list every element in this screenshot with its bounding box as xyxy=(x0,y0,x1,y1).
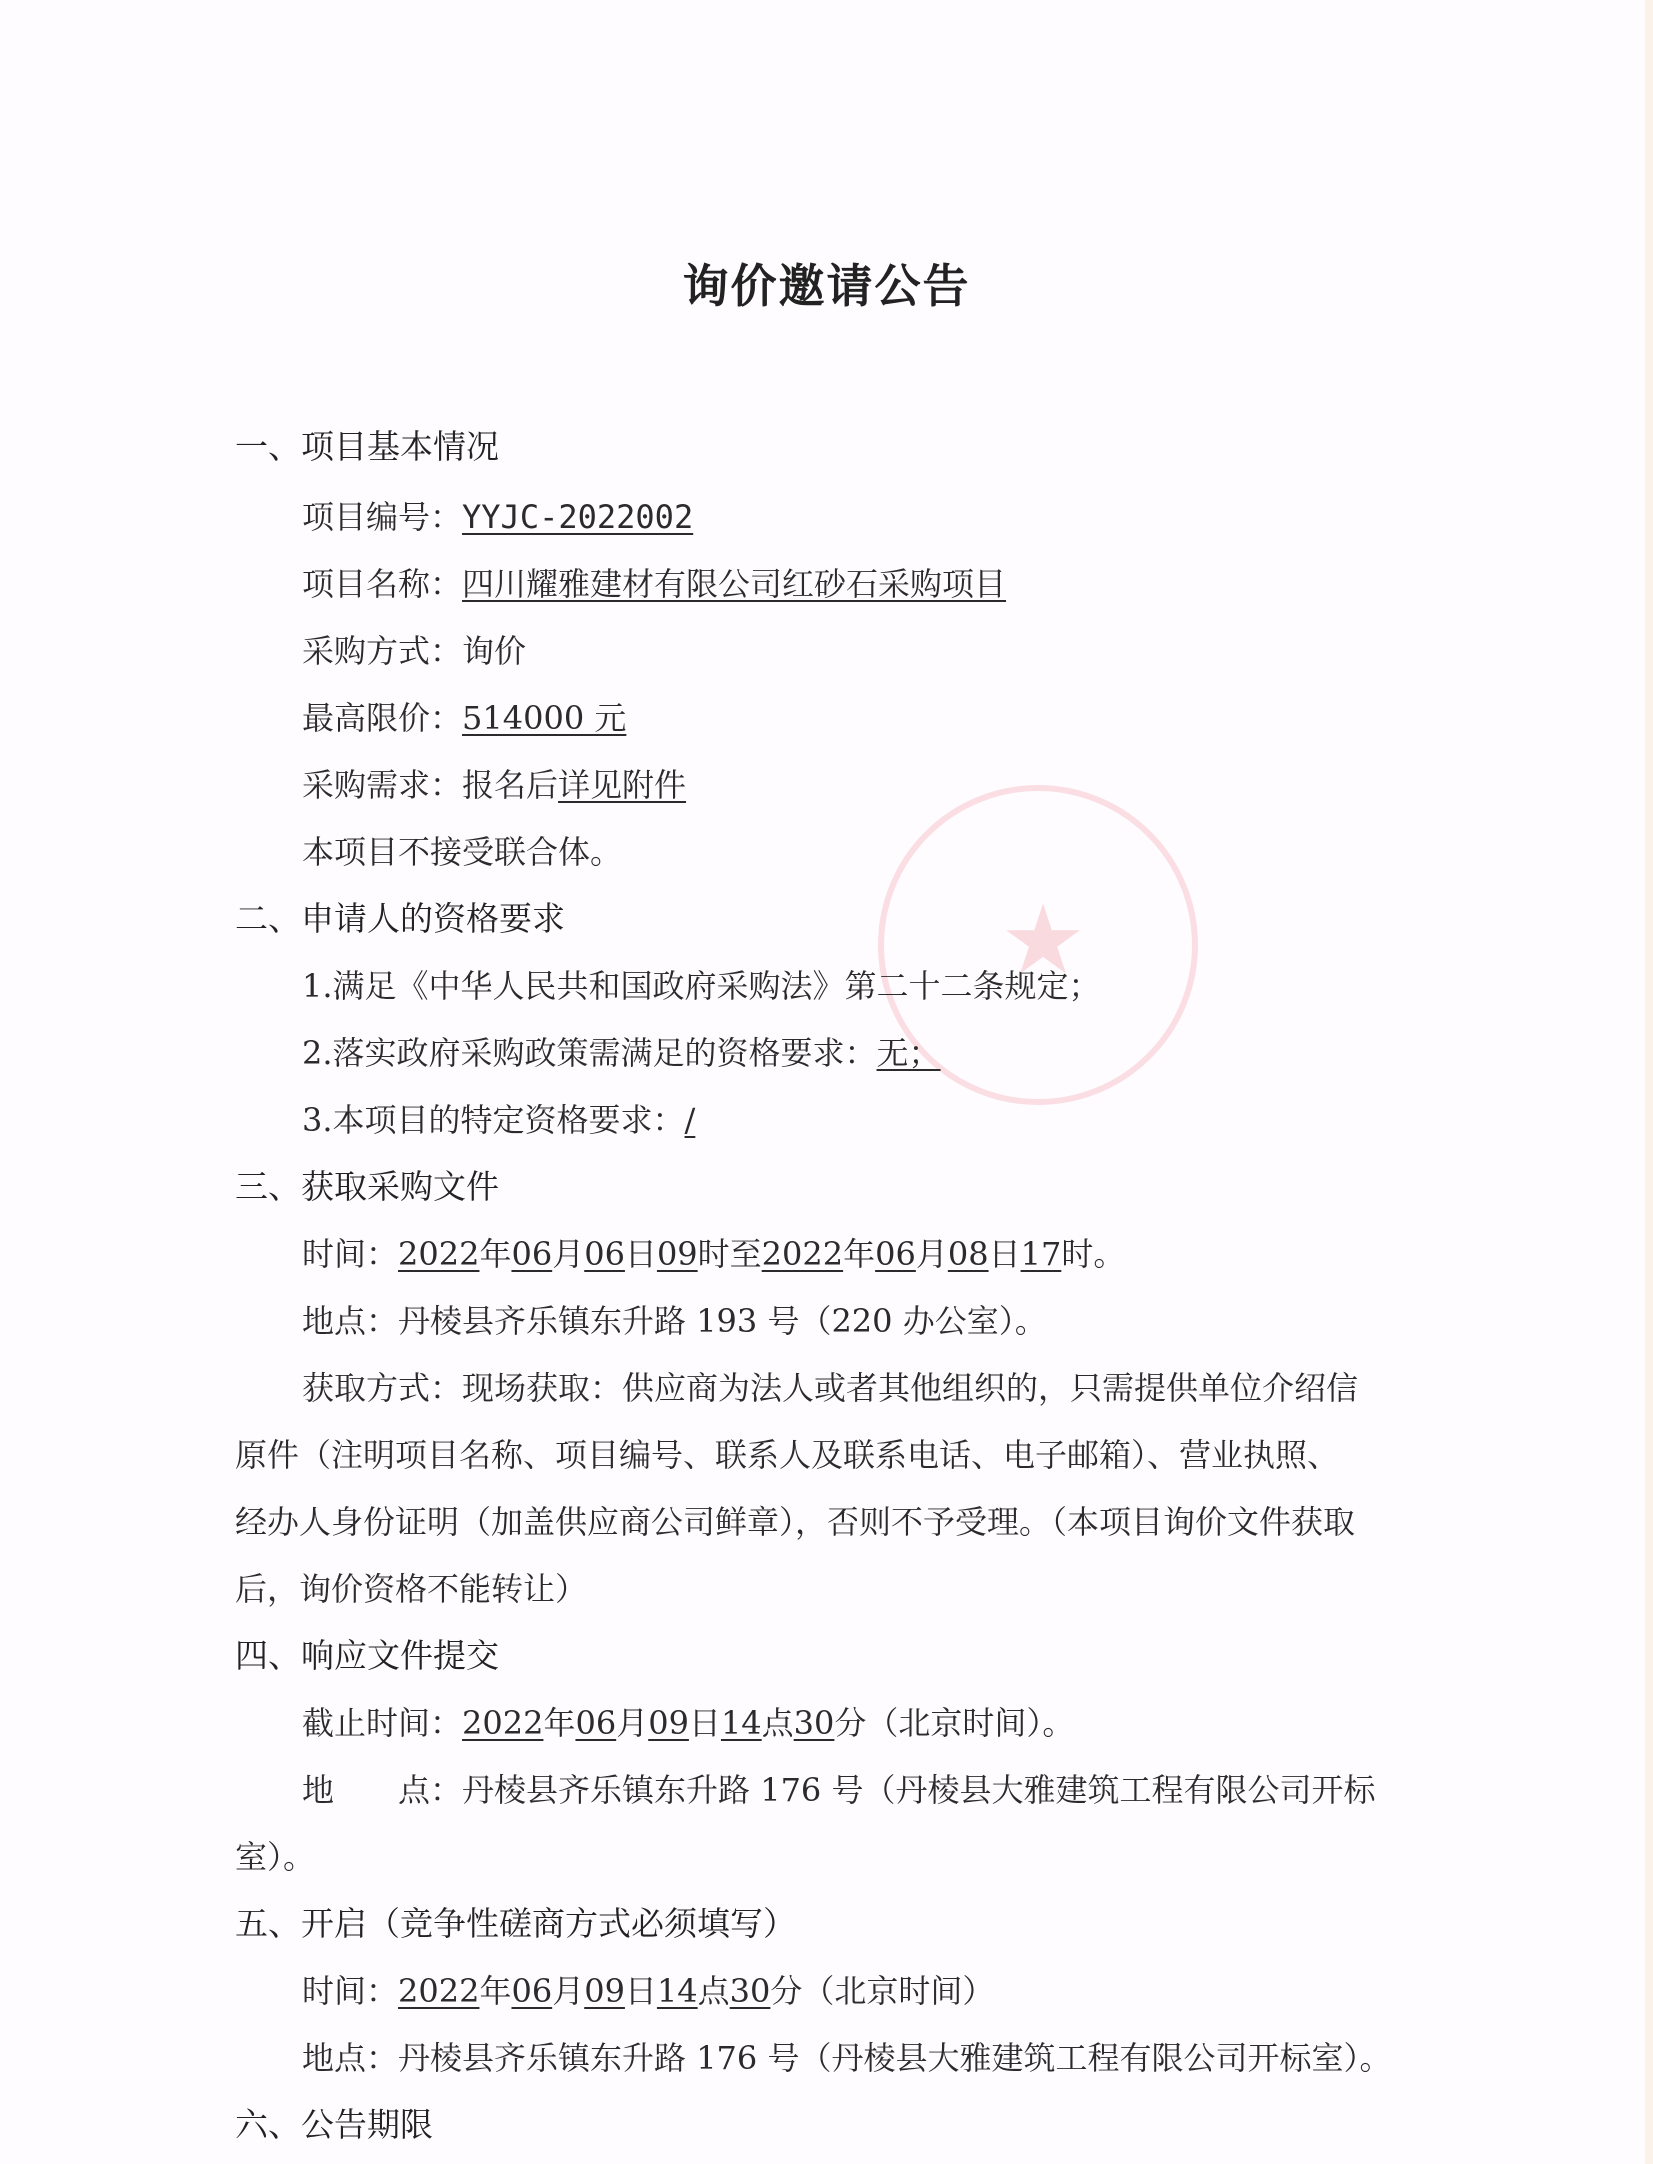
document-title: 询价邀请公告 xyxy=(0,250,1653,316)
unit-day: 日 xyxy=(689,1704,721,1742)
unit-hour: 时。 xyxy=(1061,1235,1125,1273)
location-label: 地点： xyxy=(302,2039,398,2077)
submission-location-value: 丹棱县齐乐镇东升路 176 号（丹棱县大雅建筑工程有限公司开标 xyxy=(462,1771,1375,1809)
procurement-method-row: 采购方式：询价 xyxy=(302,631,1397,671)
unit-month: 月 xyxy=(916,1235,948,1273)
unit-day: 日 xyxy=(989,1235,1021,1273)
requirement-1: 1.满足《中华人民共和国政府采购法》第二十二条规定； xyxy=(302,966,1397,1006)
requirement-3-value: / xyxy=(685,1101,696,1139)
deadline-minute: 30 xyxy=(794,1704,835,1742)
project-name-value: 四川耀雅建材有限公司红砂石采购项目 xyxy=(462,565,1006,603)
unit-year: 年 xyxy=(479,1972,511,2010)
location-label-a: 地 xyxy=(302,1771,334,1809)
deadline-year: 2022 xyxy=(462,1704,543,1742)
opening-location-value: 丹棱县齐乐镇东升路 176 号（丹棱县大雅建筑工程有限公司开标室）。 xyxy=(398,2039,1391,2077)
unit-day: 日 xyxy=(625,1972,657,2010)
start-month: 06 xyxy=(511,1235,552,1273)
procurement-demand-row: 采购需求：报名后详见附件 xyxy=(302,765,1397,805)
procurement-demand-label: 采购需求： xyxy=(302,766,462,804)
unit-hour: 点 xyxy=(762,1704,794,1742)
section-heading-4: 四、响应文件提交 xyxy=(235,1636,1395,1676)
procurement-demand-prefix: 报名后 xyxy=(462,766,558,804)
acquisition-method-line-2: 原件（注明项目名称、项目编号、联系人及联系电话、电子邮箱）、营业执照、 xyxy=(235,1435,1395,1475)
acquisition-method-line-3: 经办人身份证明（加盖供应商公司鲜章），否则不予受理。（本项目询价文件获取 xyxy=(235,1502,1395,1542)
procurement-method-label: 采购方式： xyxy=(302,632,462,670)
project-name-row: 项目名称：四川耀雅建材有限公司红砂石采购项目 xyxy=(302,564,1397,604)
unit-hour-to: 时至 xyxy=(698,1235,762,1273)
project-number-row: 项目编号：YYJC-2022002 xyxy=(302,497,1397,537)
requirement-2: 2.落实政府采购政策需满足的资格要求：无； xyxy=(302,1033,1397,1073)
submission-deadline: 截止时间：2022年06月09日14点30分（北京时间）。 xyxy=(302,1703,1397,1743)
end-day: 08 xyxy=(948,1235,989,1273)
opening-day: 09 xyxy=(584,1972,625,2010)
project-number-label: 项目编号： xyxy=(302,498,462,536)
opening-minute: 30 xyxy=(730,1972,771,2010)
start-hour: 09 xyxy=(657,1235,698,1273)
deadline-label: 截止时间： xyxy=(302,1704,462,1742)
deadline-hour: 14 xyxy=(721,1704,762,1742)
deadline-month: 06 xyxy=(575,1704,616,1742)
opening-year: 2022 xyxy=(398,1972,479,2010)
acquisition-method-line-4: 后，询价资格不能转让） xyxy=(235,1569,1395,1609)
document-page: ★ 询价邀请公告 一、项目基本情况 项目编号：YYJC-2022002 项目名称… xyxy=(0,0,1653,2164)
unit-year: 年 xyxy=(843,1235,875,1273)
submission-location-line-2: 室）。 xyxy=(235,1837,1395,1877)
section-heading-2: 二、申请人的资格要求 xyxy=(235,899,1395,939)
section-heading-3: 三、获取采购文件 xyxy=(235,1167,1395,1207)
project-number-value: YYJC-2022002 xyxy=(462,498,693,536)
deadline-day: 09 xyxy=(648,1704,689,1742)
procurement-method-value: 询价 xyxy=(462,632,526,670)
requirement-3: 3.本项目的特定资格要求：/ xyxy=(302,1100,1397,1140)
unit-month: 月 xyxy=(616,1704,648,1742)
section-heading-1: 一、项目基本情况 xyxy=(235,427,1395,467)
unit-hour: 点 xyxy=(698,1972,730,2010)
submission-location: 地点：丹棱县齐乐镇东升路 176 号（丹棱县大雅建筑工程有限公司开标 xyxy=(302,1770,1397,1810)
attachment-link[interactable]: 详见附件 xyxy=(558,766,686,804)
opening-location: 地点：丹棱县齐乐镇东升路 176 号（丹棱县大雅建筑工程有限公司开标室）。 xyxy=(302,2038,1397,2078)
location-label-b: 点： xyxy=(398,1771,462,1809)
acquisition-method-line-1: 获取方式：现场获取：供应商为法人或者其他组织的，只需提供单位介绍信 xyxy=(302,1368,1397,1408)
location-label: 地点： xyxy=(302,1302,398,1340)
section-heading-6: 六、公告期限 xyxy=(235,2105,1395,2145)
max-price-label: 最高限价： xyxy=(302,699,462,737)
page-edge xyxy=(1645,0,1653,2164)
requirement-2-value: 无； xyxy=(877,1034,941,1072)
project-name-label: 项目名称： xyxy=(302,565,462,603)
start-year: 2022 xyxy=(398,1235,479,1273)
unit-month: 月 xyxy=(552,1235,584,1273)
unit-year: 年 xyxy=(543,1704,575,1742)
end-year: 2022 xyxy=(762,1235,843,1273)
location-value: 丹棱县齐乐镇东升路 193 号（220 办公室）。 xyxy=(398,1302,1047,1340)
unit-year: 年 xyxy=(479,1235,511,1273)
no-consortium-note: 本项目不接受联合体。 xyxy=(302,832,1397,872)
time-label: 时间： xyxy=(302,1235,398,1273)
end-month: 06 xyxy=(875,1235,916,1273)
end-hour: 17 xyxy=(1021,1235,1062,1273)
time-label: 时间： xyxy=(302,1972,398,2010)
opening-month: 06 xyxy=(511,1972,552,2010)
max-price-row: 最高限价：514000 元 xyxy=(302,698,1397,738)
opening-time: 时间：2022年06月09日14点30分（北京时间） xyxy=(302,1971,1397,2011)
requirement-2-label: 2.落实政府采购政策需满足的资格要求： xyxy=(302,1034,877,1072)
unit-minute-timezone: 分（北京时间） xyxy=(770,1972,994,2010)
unit-day: 日 xyxy=(625,1235,657,1273)
unit-month: 月 xyxy=(552,1972,584,2010)
requirement-3-label: 3.本项目的特定资格要求： xyxy=(302,1101,685,1139)
document-acquisition-time: 时间：2022年06月06日09时至2022年06月08日17时。 xyxy=(302,1234,1397,1274)
unit-minute-timezone: 分（北京时间）。 xyxy=(834,1704,1074,1742)
max-price-value: 514000 元 xyxy=(462,699,626,737)
opening-hour: 14 xyxy=(657,1972,698,2010)
document-acquisition-location: 地点：丹棱县齐乐镇东升路 193 号（220 办公室）。 xyxy=(302,1301,1397,1341)
section-heading-5: 五、开启（竞争性磋商方式必须填写） xyxy=(235,1904,1395,1944)
start-day: 06 xyxy=(584,1235,625,1273)
